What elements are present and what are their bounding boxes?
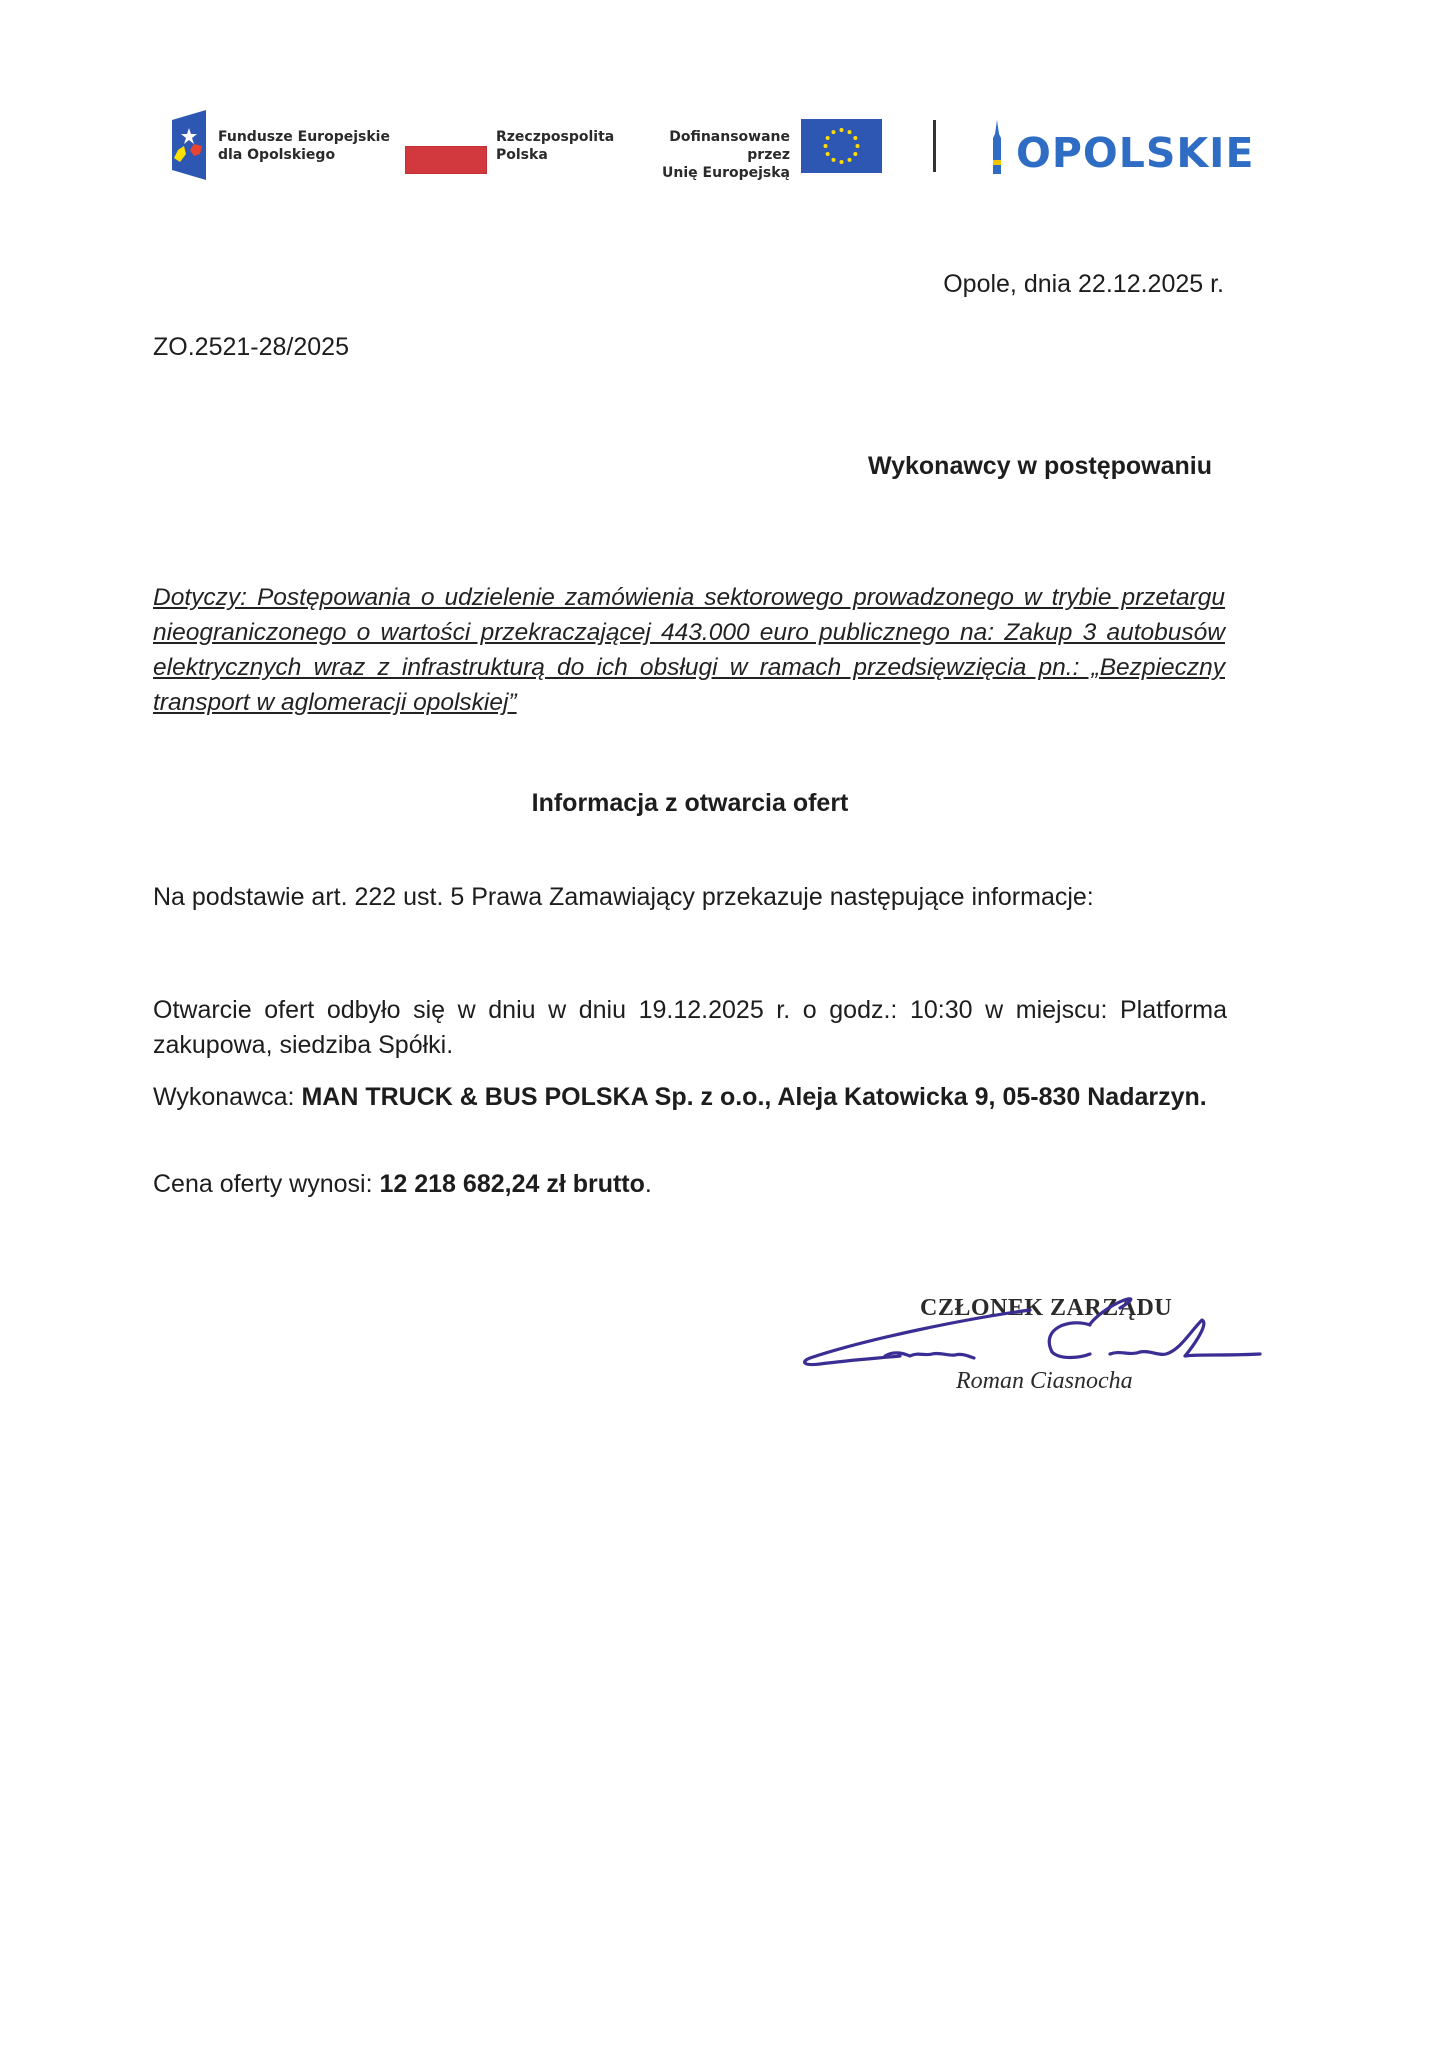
opolskie-logo-text: OPOLSKIE bbox=[1016, 128, 1254, 178]
price-value: 12 218 682,24 zł brutto bbox=[380, 1170, 645, 1198]
rp-line-1: Rzeczpospolita bbox=[496, 128, 614, 146]
fe-line-1: Fundusze Europejskie bbox=[218, 128, 390, 146]
fe-line-2: dla Opolskiego bbox=[218, 146, 390, 164]
addressee: Wykonawcy w postępowaniu bbox=[868, 452, 1212, 481]
letter-date: Opole, dnia 22.12.2025 r. bbox=[943, 270, 1224, 299]
rzeczpospolita-polska-text: Rzeczpospolita Polska bbox=[496, 128, 614, 164]
price-suffix: . bbox=[645, 1170, 652, 1198]
eu-flag-icon bbox=[801, 119, 882, 173]
eu-line-2: Unię Europejską bbox=[634, 164, 790, 182]
rp-line-2: Polska bbox=[496, 146, 614, 164]
eu-funding-text: Dofinansowane przez Unię Europejską bbox=[634, 128, 790, 182]
signatory-name: Roman Ciasnocha bbox=[956, 1368, 1133, 1395]
subject-line: Dotyczy: Postępowania o udzielenie zamów… bbox=[153, 580, 1225, 720]
opolskie-tower-icon bbox=[988, 120, 1006, 174]
document-title: Informacja z otwarcia ofert bbox=[0, 789, 1380, 818]
fundusze-europejskie-text: Fundusze Europejskie dla Opolskiego bbox=[218, 128, 390, 164]
eu-line-1: Dofinansowane przez bbox=[634, 128, 790, 164]
price-paragraph: Cena oferty wynosi: 12 218 682,24 zł bru… bbox=[153, 1167, 652, 1202]
contractor-label: Wykonawca: bbox=[153, 1083, 301, 1111]
opening-paragraph: Otwarcie ofert odbyło się w dniu w dniu … bbox=[153, 993, 1227, 1063]
price-label: Cena oferty wynosi: bbox=[153, 1170, 380, 1198]
header-divider bbox=[933, 120, 936, 172]
contractor-value: MAN TRUCK & BUS POLSKA Sp. z o.o., Aleja… bbox=[301, 1083, 1206, 1111]
fundusze-europejskie-logo-icon bbox=[170, 110, 208, 180]
intro-paragraph: Na podstawie art. 222 ust. 5 Prawa Zamaw… bbox=[153, 883, 1094, 912]
contractor-paragraph: Wykonawca: MAN TRUCK & BUS POLSKA Sp. z … bbox=[153, 1080, 1227, 1115]
polish-flag-icon bbox=[405, 146, 487, 174]
reference-number: ZO.2521-28/2025 bbox=[153, 333, 349, 362]
